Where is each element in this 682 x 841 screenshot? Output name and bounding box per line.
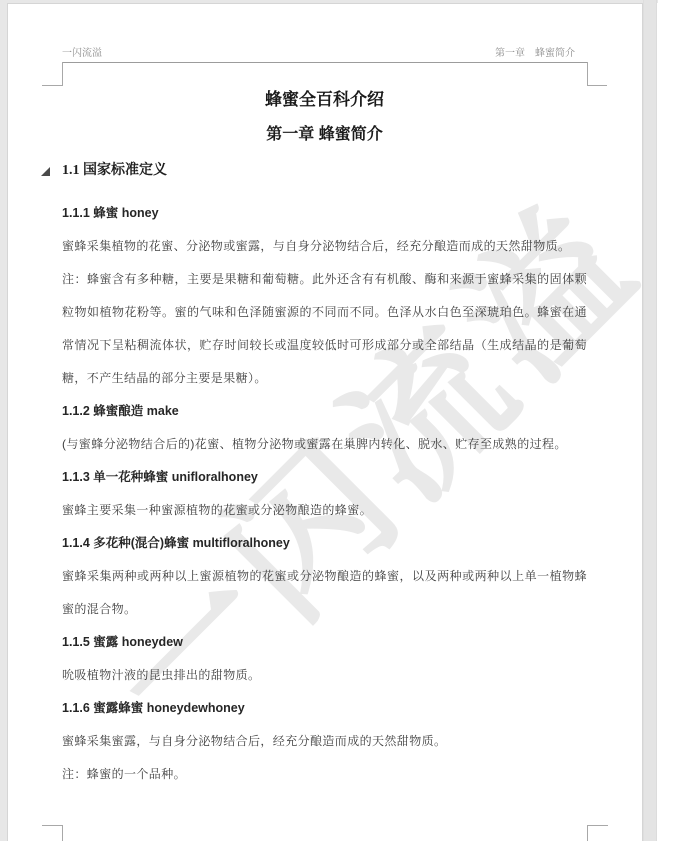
- subsection-heading-1-1-4: 1.1.4 多花种(混合)蜂蜜 multifloralhoney: [62, 527, 587, 560]
- page-header: 一闪流溢 第一章 蜂蜜简介: [62, 44, 587, 59]
- paragraph-note: 注：蜂蜜含有多种糖，主要是果糖和葡萄糖。此外还含有有机酸、酶和来源于蜜蜂采集的固…: [62, 263, 587, 395]
- paragraph: 蜜蜂采集蜜露，与自身分泌物结合后，经充分酿造而成的天然甜物质。: [62, 725, 587, 758]
- section-heading-text: 1.1 国家标准定义: [62, 163, 167, 178]
- margin-mark-top-left: [42, 85, 62, 86]
- paragraph: 蜜蜂采集两种或两种以上蜜源植物的花蜜或分泌物酿造的蜂蜜，以及两种或两种以上单一植…: [62, 560, 587, 626]
- margin-mark-bottom-left: [62, 825, 63, 841]
- paragraph: 吮吸植物汁液的昆虫排出的甜物质。: [62, 659, 587, 692]
- margin-mark-top-right: [587, 85, 607, 86]
- paragraph: 蜜蜂采集植物的花蜜、分泌物或蜜露，与自身分泌物结合后，经充分酿造而成的天然甜物质…: [62, 230, 587, 263]
- paragraph: (与蜜蜂分泌物结合后的)花蜜、植物分泌物或蜜露在巢脾内转化、脱水、贮存至成熟的过…: [62, 428, 587, 461]
- margin-mark-bottom-right: [587, 825, 588, 841]
- subsection-heading-1-1-5: 1.1.5 蜜露 honeydew: [62, 626, 587, 659]
- section-heading-1-1: 1.1 国家标准定义: [62, 161, 587, 181]
- window-background-left: [0, 0, 7, 841]
- margin-mark-top-right: [587, 62, 588, 86]
- margin-mark-bottom-right: [587, 825, 608, 826]
- paragraph-note: 注：蜂蜜的一个品种。: [62, 758, 587, 791]
- subsection-heading-1-1-1: 1.1.1 蜂蜜 honey: [62, 197, 587, 230]
- vertical-scrollbar[interactable]: [643, 0, 657, 841]
- chapter-title: 第一章 蜂蜜简介: [62, 123, 587, 147]
- collapse-triangle-icon[interactable]: [41, 167, 50, 176]
- subsection-heading-1-1-2: 1.1.2 蜂蜜酿造 make: [62, 395, 587, 428]
- document-body: 蜂蜜全百科介绍 第一章 蜂蜜简介 1.1 国家标准定义 1.1.1 蜂蜜 hon…: [62, 88, 587, 791]
- document-title: 蜂蜜全百科介绍: [62, 88, 587, 112]
- header-left-text: 一闪流溢: [62, 44, 102, 59]
- header-right-text: 第一章 蜂蜜简介: [495, 44, 587, 59]
- header-rule: [62, 62, 587, 63]
- subsection-heading-1-1-3: 1.1.3 单一花种蜂蜜 unifloralhoney: [62, 461, 587, 494]
- paragraph: 蜜蜂主要采集一种蜜源植物的花蜜或分泌物酿造的蜂蜜。: [62, 494, 587, 527]
- subsection-heading-1-1-6: 1.1.6 蜜露蜂蜜 honeydewhoney: [62, 692, 587, 725]
- margin-mark-bottom-left: [42, 825, 63, 826]
- document-page: 一闪流溢 一闪流溢 第一章 蜂蜜简介 蜂蜜全百科介绍 第一章 蜂蜜简介 1.1 …: [7, 3, 643, 841]
- margin-mark-top-left: [62, 62, 63, 86]
